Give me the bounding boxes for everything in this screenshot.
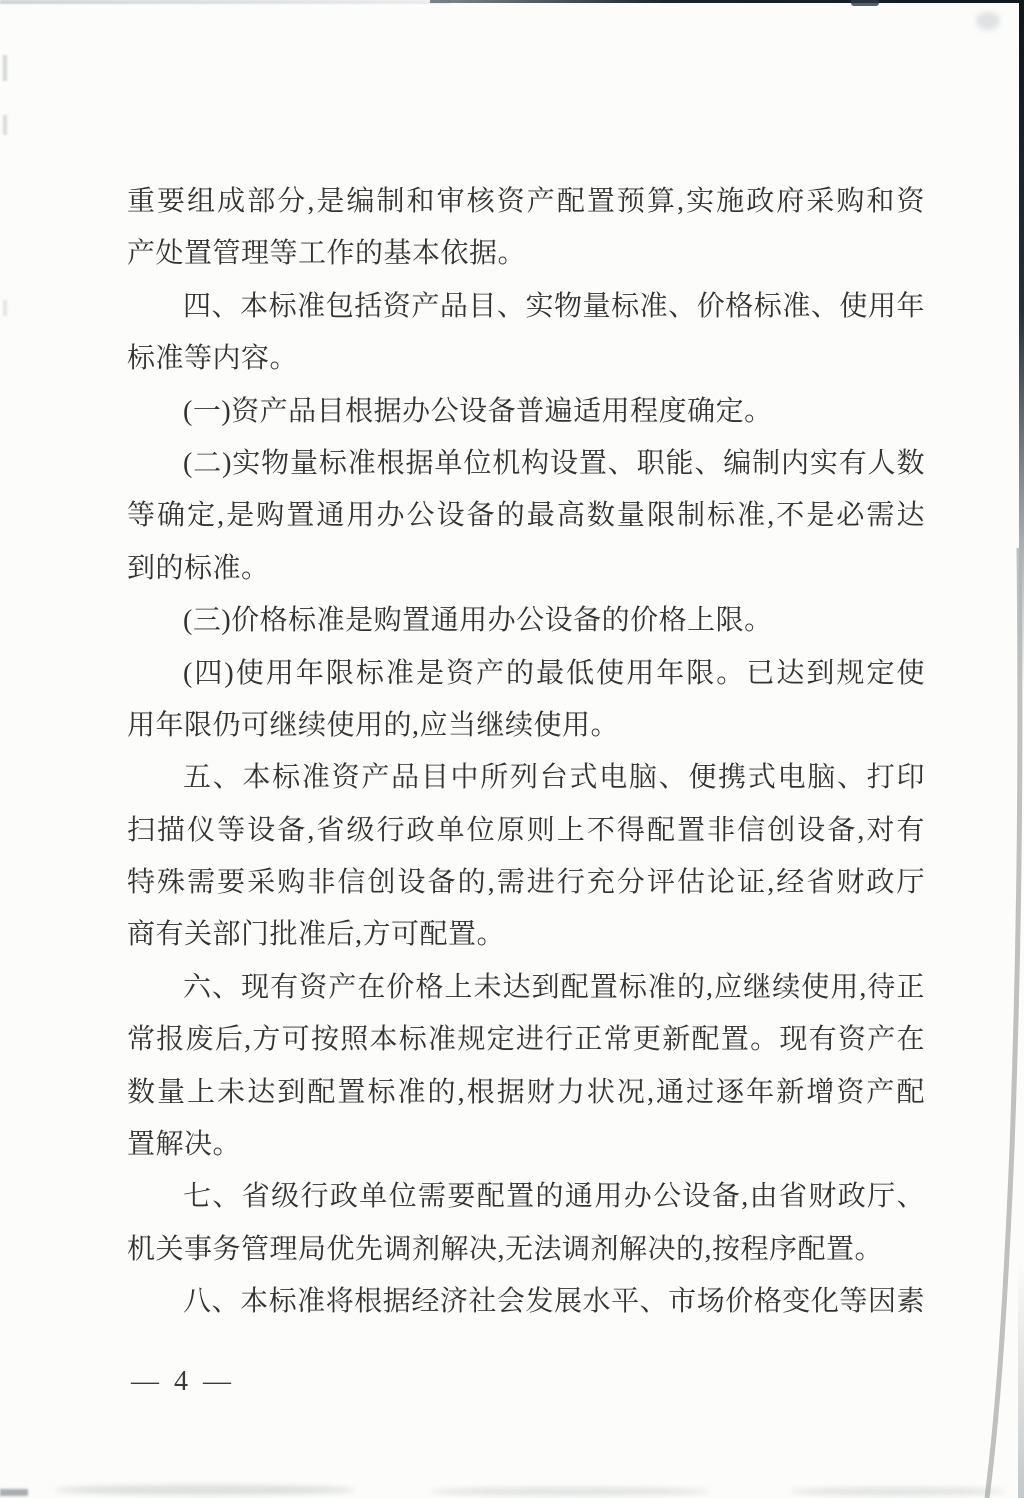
scan-artifact-page-curl	[954, 548, 1024, 1498]
scan-artifact-left-mark	[3, 115, 7, 135]
document-body: 重要组成部分,是编制和审核资产配置预算,实施政府采购和资产处置管理等工作的基本依…	[127, 176, 925, 1329]
text-line: (二)实物量标准根据单位机构设置、职能、编制内实有人数	[127, 438, 925, 490]
text-line: 到的标准。	[127, 543, 925, 595]
text-line: 等确定,是购置通用办公设备的最高数量限制标准,不是必需达	[127, 490, 925, 542]
text-line: 七、省级行政单位需要配置的通用办公设备,由省财政厅、省	[127, 1171, 925, 1223]
text-line: (一)资产品目根据办公设备普遍适用程度确定。	[127, 386, 925, 438]
text-line: 产处置管理等工作的基本依据。	[127, 228, 925, 280]
scan-artifact-bottom-smudge	[790, 1487, 1005, 1496]
scan-artifact-bottom-left-mark	[0, 1489, 28, 1496]
text-line: 五、本标准资产品目中所列台式电脑、便携式电脑、打印机、	[127, 752, 925, 804]
scan-artifact-bottom-smudge	[430, 1487, 710, 1496]
scan-artifact-corner-smudge	[976, 12, 1000, 30]
text-line: 四、本标准包括资产品目、实物量标准、价格标准、使用年限	[127, 281, 925, 333]
text-line: (四)使用年限标准是资产的最低使用年限。已达到规定使	[127, 648, 925, 700]
scan-artifact-bottom-smudge	[55, 1485, 355, 1495]
text-line: 重要组成部分,是编制和审核资产配置预算,实施政府采购和资	[127, 176, 925, 228]
text-line: 扫描仪等设备,省级行政单位原则上不得配置非信创设备,对有	[127, 805, 925, 857]
text-line: 数量上未达到配置标准的,根据财力状况,通过逐年新增资产配	[127, 1067, 925, 1119]
scanned-document-page: 重要组成部分,是编制和审核资产配置预算,实施政府采购和资产处置管理等工作的基本依…	[0, 0, 1024, 1498]
text-line: 商有关部门批准后,方可配置。	[127, 909, 925, 961]
text-line: (三)价格标准是购置通用办公设备的价格上限。	[127, 595, 925, 647]
scan-artifact-top-tick	[851, 0, 879, 6]
text-line: 八、本标准将根据经济社会发展水平、市场价格变化等因素	[127, 1276, 925, 1328]
text-line: 置解决。	[127, 1119, 925, 1171]
text-line: 标准等内容。	[127, 333, 925, 385]
page-number: — 4 —	[131, 1362, 235, 1402]
scan-artifact-left-mark	[3, 55, 7, 81]
text-line: 机关事务管理局优先调剂解决,无法调剂解决的,按程序配置。	[127, 1224, 925, 1276]
text-line: 特殊需要采购非信创设备的,需进行充分评估论证,经省财政厅	[127, 857, 925, 909]
text-line: 常报废后,方可按照本标准规定进行正常更新配置。现有资产在	[127, 1014, 925, 1066]
scan-artifact-top-edge-light	[0, 0, 450, 4]
scan-artifact-right-edge-dark	[1019, 0, 1024, 690]
scan-artifact-top-edge-dark	[430, 0, 1024, 3]
scan-artifact-left-mark	[3, 300, 7, 316]
text-line: 六、现有资产在价格上未达到配置标准的,应继续使用,待正	[127, 962, 925, 1014]
text-line: 用年限仍可继续使用的,应当继续使用。	[127, 700, 925, 752]
scan-artifact-right-edge-bottom	[1018, 1260, 1024, 1498]
